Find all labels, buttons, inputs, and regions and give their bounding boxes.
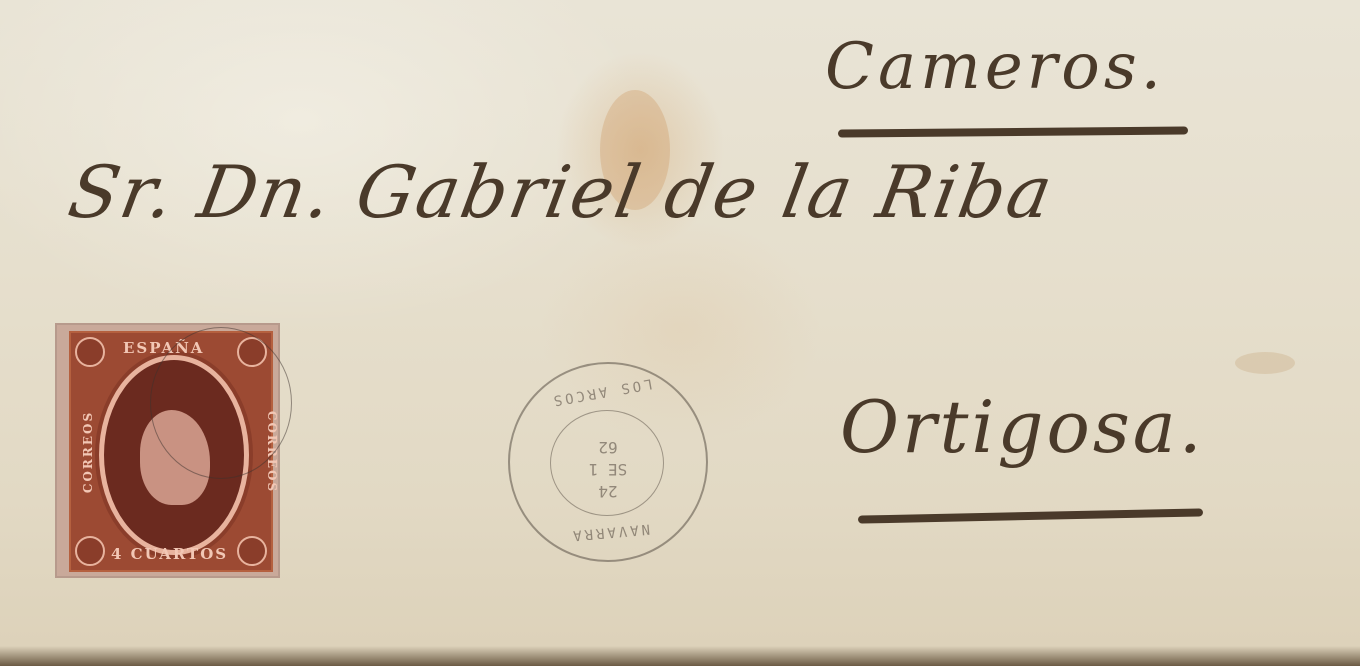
stamp-cancellation-ring [150,327,292,479]
small-stain [1235,352,1295,374]
destination-town-text: Ortigosa. [840,385,1205,469]
stamp-side-label-left: CORREOS [81,411,95,493]
stamp-corner-ornament [75,337,105,367]
stamp-value-label: 4 CUARTOS [111,545,228,563]
stamp-corner-ornament [75,536,105,566]
postmark-date-month: SE 1 [578,458,638,480]
recipient-name-text: Sr. Dn. Gabriel de la Riba [63,150,1060,234]
postal-cover: Cameros. Sr. Dn. Gabriel de la Riba ESPA… [0,0,1360,666]
postmark-town: LOS ARCOS [549,375,653,409]
postmark-date-year: 62 [578,436,638,458]
underline-stroke [858,508,1203,523]
postmark-province: NAVARRA [569,521,650,544]
destination-region-text: Cameros. [825,30,1165,104]
postmark-date-day: 24 [578,480,638,502]
underline-stroke [838,126,1188,137]
circular-postmark: LOS ARCOS 24 SE 1 62 NAVARRA [508,362,708,562]
postmark-date: 24 SE 1 62 [578,436,638,502]
stamp-corner-ornament [237,536,267,566]
